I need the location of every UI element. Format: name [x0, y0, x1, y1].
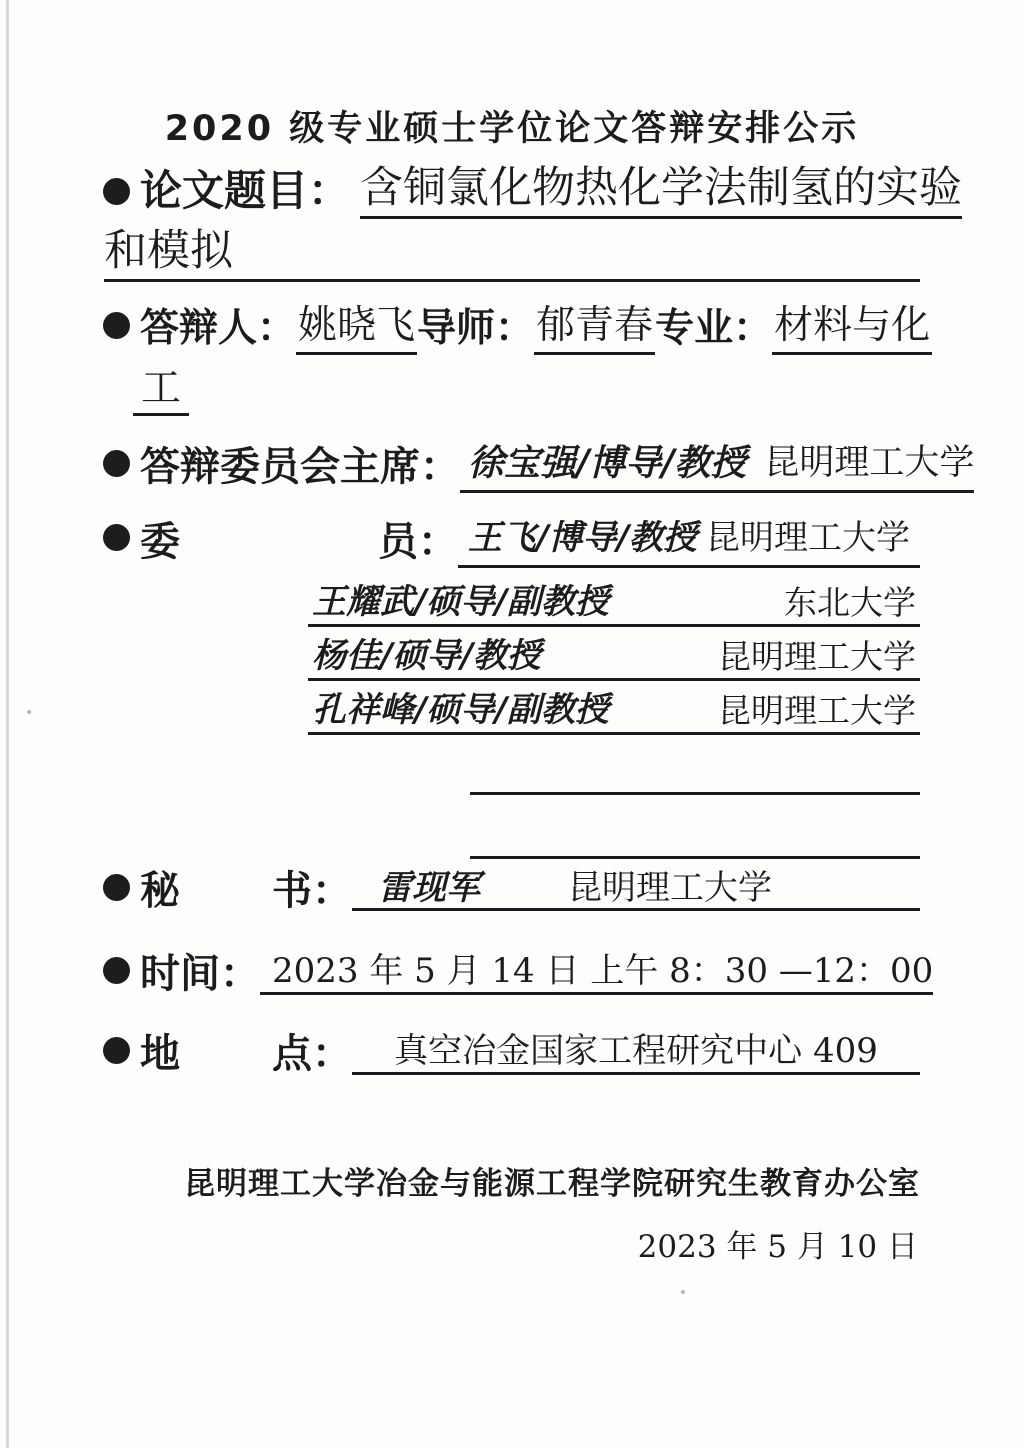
page-title: 2020 级专业硕士学位论文答辩安排公示: [0, 101, 1024, 151]
scan-speck: [27, 710, 31, 714]
location-value: 真空冶金国家工程研究中心 409: [352, 1030, 920, 1075]
member-2-name: 杨佳/硕导/教授: [312, 638, 541, 675]
secretary-label-part1: 秘: [140, 871, 180, 911]
member-label-part1: 委: [140, 515, 180, 568]
chair-name: 徐宝强/博导/教授: [468, 437, 746, 490]
thesis-title-line2-row: 和模拟: [104, 223, 920, 282]
defender-row: 答辩人： 姚晓飞 导师： 郁青春 专业： 材料与化: [140, 299, 920, 355]
thesis-title-line2: 和模拟: [104, 223, 233, 279]
time-row: 时 间： 2023 年 5 月 14 日 上午 8：30 —12：00: [140, 950, 920, 995]
bullet-icon: [103, 1037, 130, 1064]
location-row: 地 点： 真空冶金国家工程研究中心 409: [140, 1030, 920, 1075]
time-value: 2023 年 5 月 14 日 上午 8：30 —12：00: [260, 950, 933, 995]
member-3-affiliation: 昆明理工大学: [718, 692, 916, 729]
committee-member-row: 委 员： 王飞/博导/教授 昆明理工大学: [140, 512, 920, 568]
location-label: 地 点：: [140, 1033, 352, 1075]
secretary-label-part2: 书：: [272, 871, 352, 911]
scanned-announcement-page: 2020 级专业硕士学位论文答辩安排公示 论文题目： 含铜氯化物热化学法制氢的实…: [0, 0, 1024, 1448]
member-label: 委 员：: [140, 515, 458, 568]
major-label: 专业：: [655, 302, 772, 355]
blank-signature-line: [470, 856, 920, 859]
chair-affiliation: 昆明理工大学: [764, 437, 974, 490]
blank-signature-line: [470, 792, 920, 795]
advisor-label: 导师：: [417, 302, 534, 355]
member-3-name: 孔祥峰/硕导/副教授: [312, 692, 609, 729]
bullet-icon: [103, 957, 130, 984]
committee-member-row: 孔祥峰/硕导/副教授 昆明理工大学: [308, 692, 920, 735]
scan-edge-artifact: [6, 0, 9, 1448]
defender-label: 答辩人：: [140, 302, 296, 355]
scan-speck: [681, 1290, 685, 1294]
secretary-row: 秘 书： 雷现军 昆明理工大学: [140, 868, 920, 911]
footer-office: 昆明理工大学冶金与能源工程学院研究生教育办公室: [184, 1158, 920, 1203]
secretary-value: 雷现军 昆明理工大学: [352, 868, 920, 911]
time-label: 时 间：: [140, 953, 260, 995]
member-2-affiliation: 昆明理工大学: [718, 638, 916, 675]
committee-member-row: 杨佳/硕导/教授 昆明理工大学: [308, 638, 920, 681]
member-1-name: 王耀武/硕导/副教授: [312, 584, 609, 621]
secretary-name: 雷现军: [378, 868, 480, 908]
member-label-part2: 员：: [378, 515, 458, 568]
committee-member-row: 王耀武/硕导/副教授 东北大学: [308, 584, 920, 627]
location-label-part2: 点：: [272, 1033, 352, 1075]
major-value-line2: 工: [133, 363, 189, 416]
major-value-line2-row: 工: [133, 363, 189, 416]
bullet-icon: [103, 524, 130, 551]
bullet-icon: [103, 450, 130, 477]
chair-label: 答辩委员会主席：: [140, 440, 460, 493]
thesis-title-row: 论文题目： 含铜氯化物热化学法制氢的实验: [140, 160, 920, 219]
time-label-part1: 时: [140, 953, 180, 995]
location-label-part1: 地: [140, 1033, 180, 1075]
defender-name: 姚晓飞: [296, 299, 417, 355]
chair-value: 徐宝强/博导/教授 昆明理工大学: [460, 437, 974, 493]
major-value-line1: 材料与化: [772, 299, 932, 355]
member-1-affiliation: 东北大学: [784, 584, 916, 621]
time-label-part2: 间：: [180, 953, 260, 995]
advisor-name: 郁青春: [534, 299, 655, 355]
thesis-title-line1: 含铜氯化物热化学法制氢的实验: [360, 160, 962, 219]
bullet-icon: [103, 874, 130, 901]
secretary-affiliation: 昆明理工大学: [568, 868, 772, 908]
thesis-label: 论文题目：: [140, 163, 360, 219]
secretary-label: 秘 书：: [140, 871, 352, 911]
member-0-affiliation: 昆明理工大学: [706, 512, 910, 565]
footer-date: 2023 年 5 月 10 日: [638, 1221, 918, 1266]
bullet-icon: [103, 312, 130, 339]
committee-chair-row: 答辩委员会主席： 徐宝强/博导/教授 昆明理工大学: [140, 437, 920, 493]
member-0-value: 王飞/博导/教授 昆明理工大学: [458, 512, 920, 568]
member-0-name: 王飞/博导/教授: [468, 512, 697, 565]
bullet-icon: [103, 178, 130, 205]
